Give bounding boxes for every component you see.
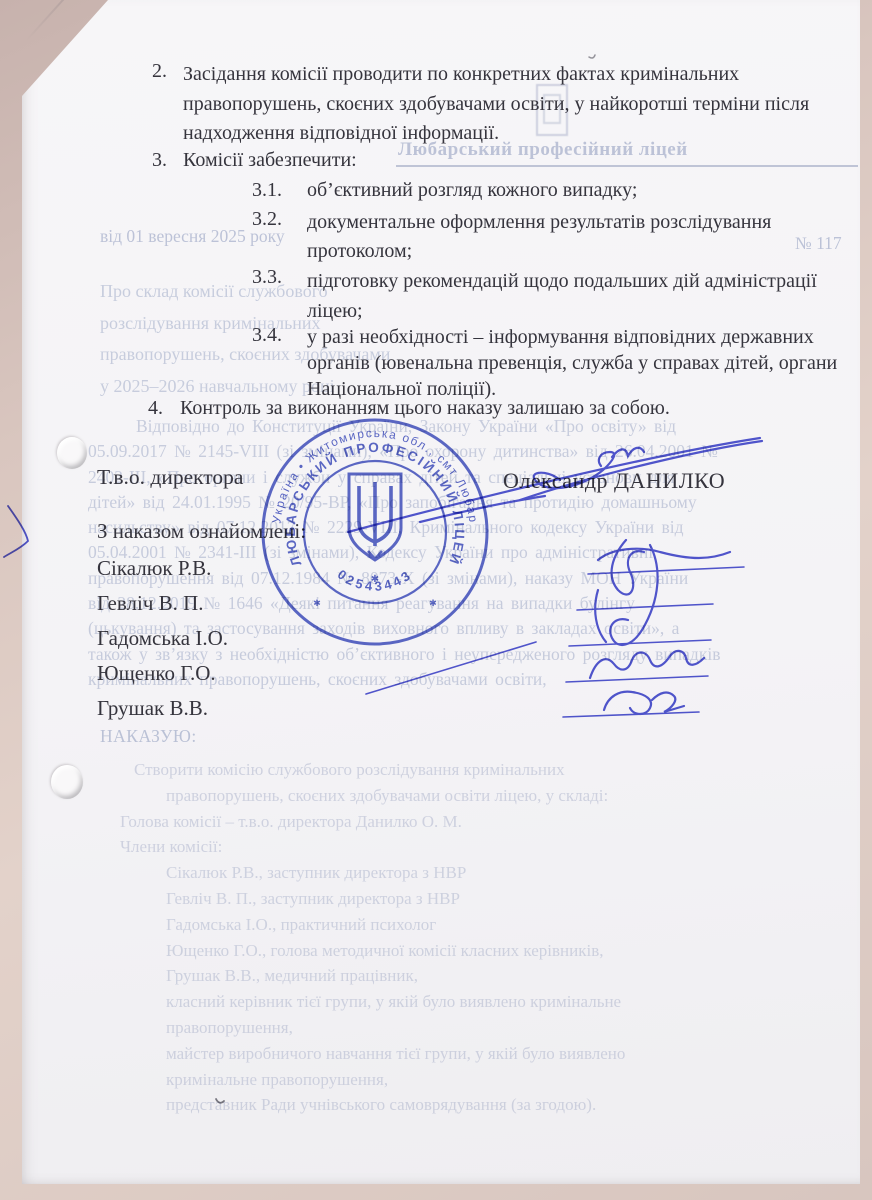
handwritten-signatures-layer	[0, 0, 872, 1200]
scanned-order-page: { "order_text": { "item2": { "num": "2."…	[0, 0, 872, 1200]
acknowledgement-signatures	[366, 540, 744, 717]
director-signature-flourish	[348, 438, 762, 532]
scan-specks	[216, 55, 595, 1103]
left-edge-pen-mark	[4, 506, 28, 557]
